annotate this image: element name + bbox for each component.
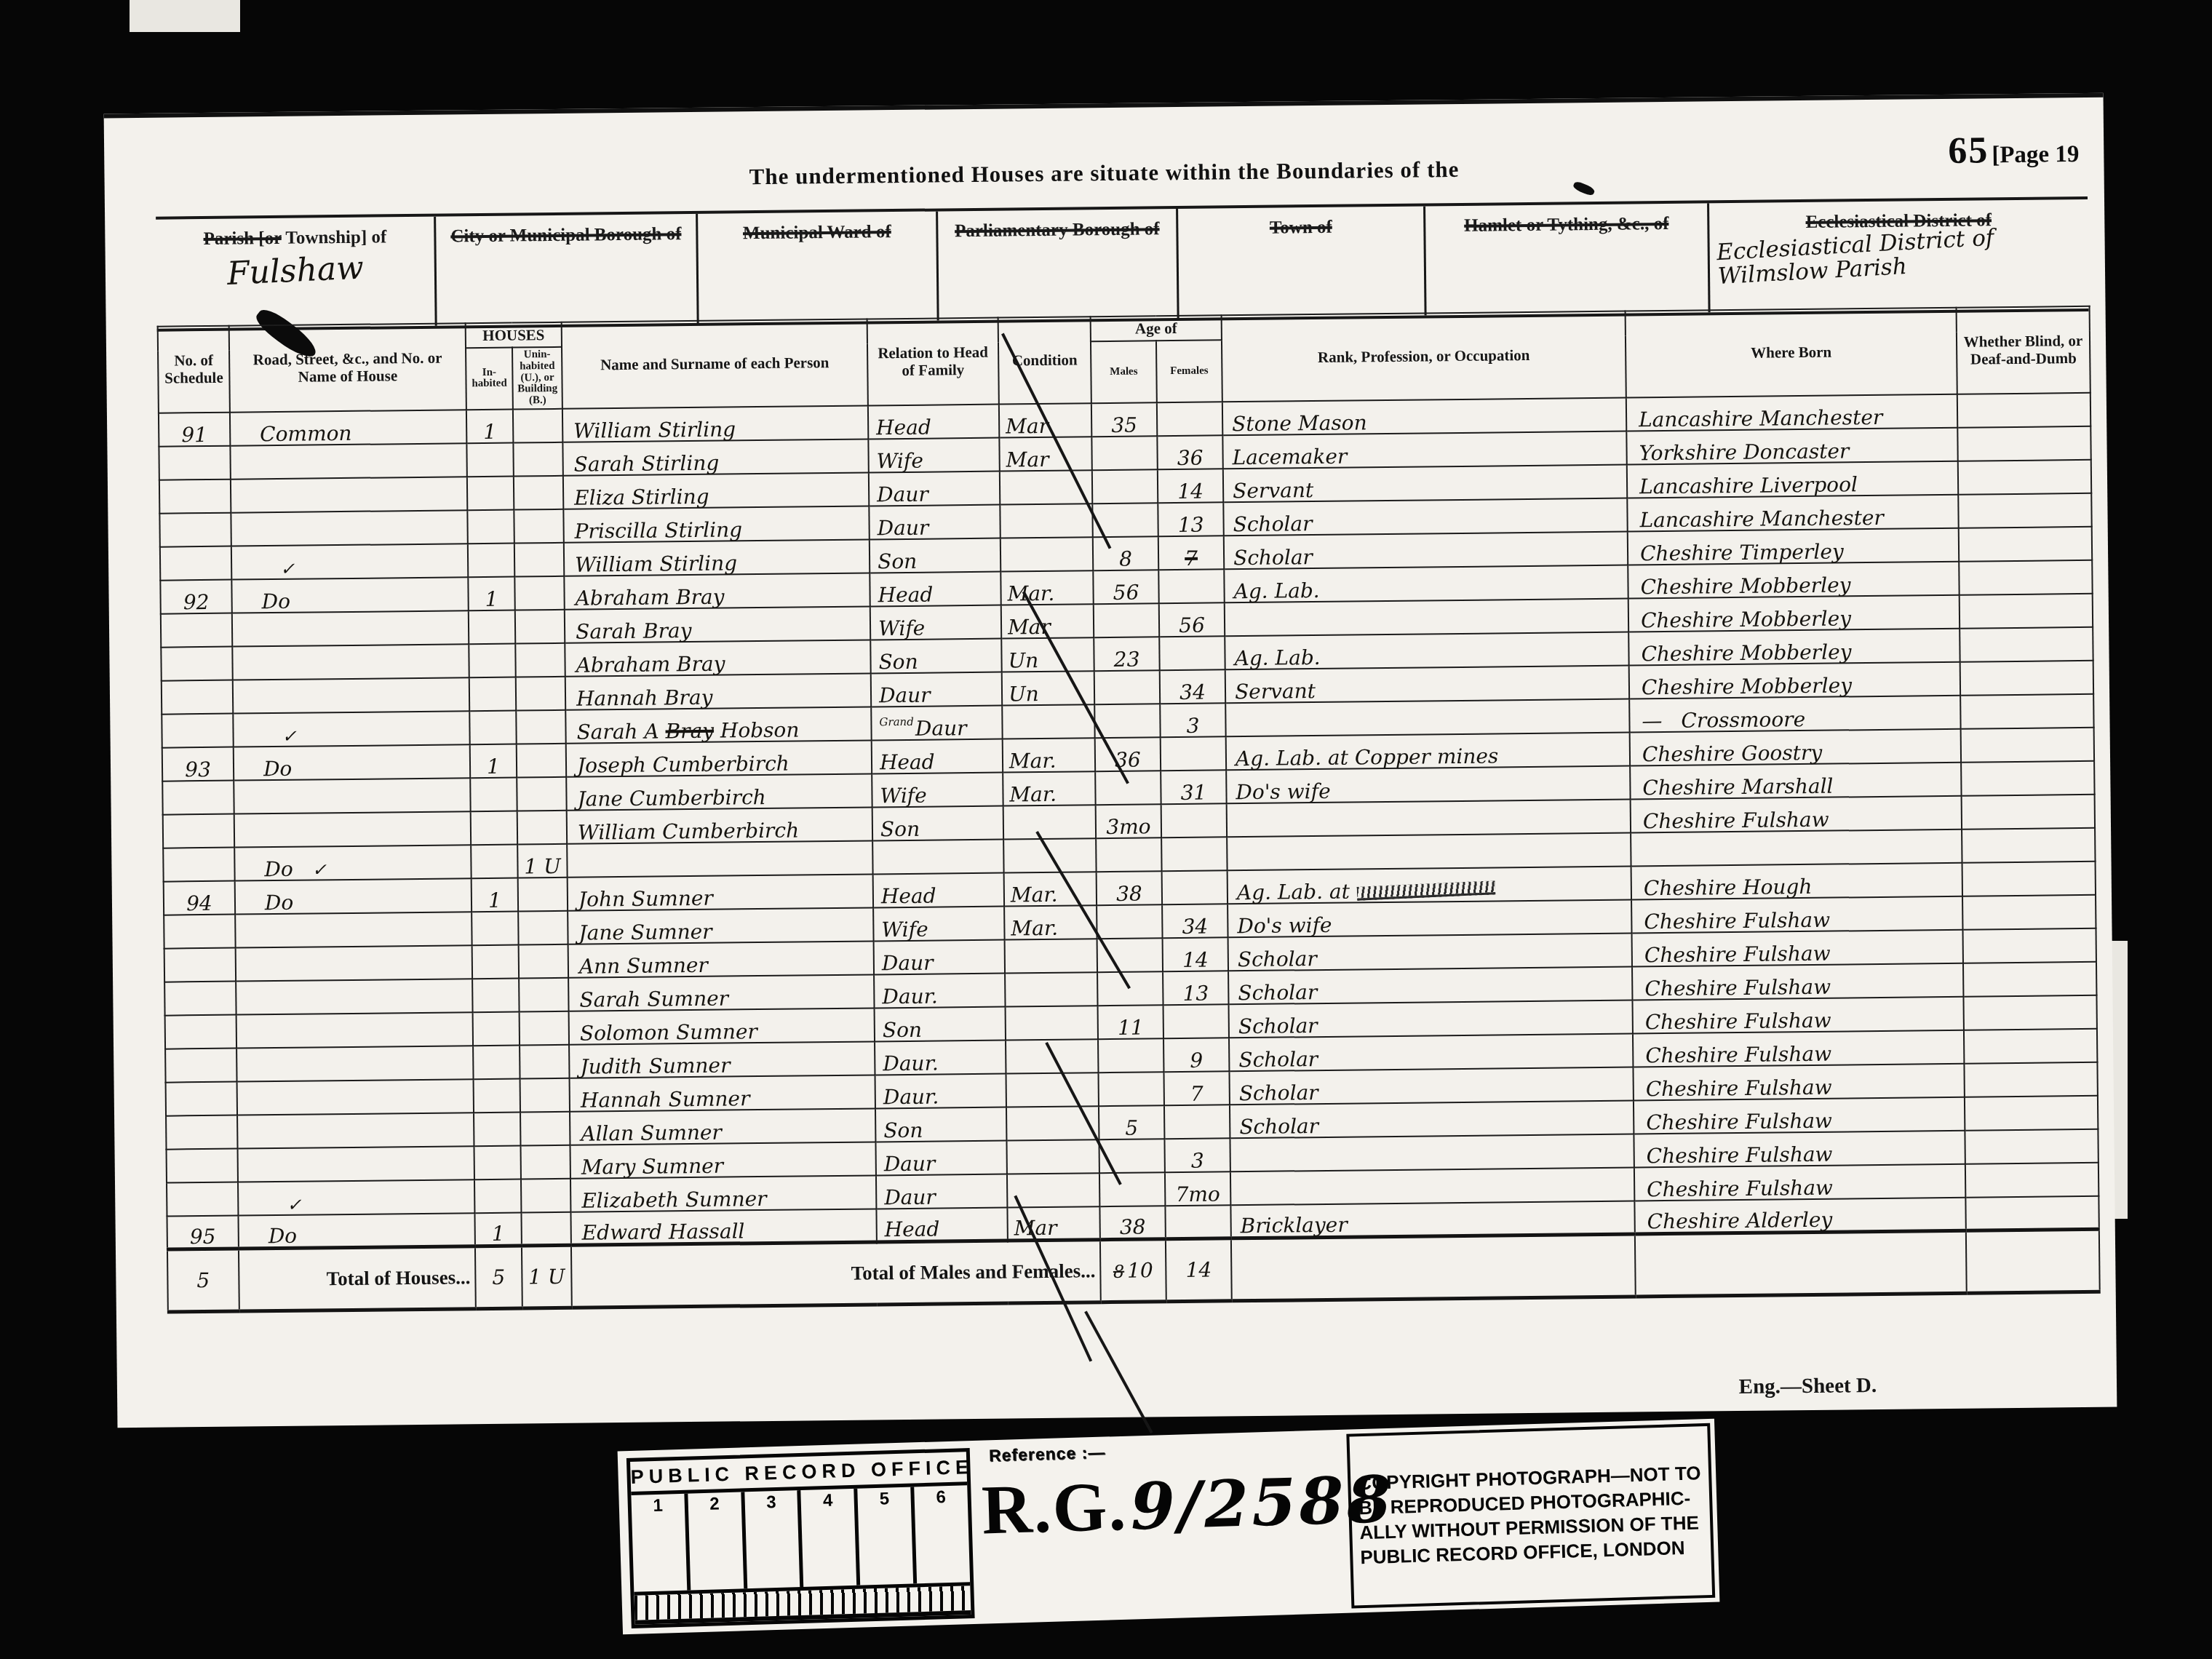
inhabited-cell [469,643,515,677]
condition-cell [1007,1173,1099,1207]
total-houses-label: Total of Houses... [239,1246,476,1311]
age-male-cell: 3mo [1096,804,1161,838]
birthplace-cell: Cheshire Fulshaw [1631,796,1962,833]
schedule-number-cell [164,914,235,948]
folio-number: 65 [Page 19 [1948,128,2080,172]
age-male-cell [1091,436,1157,470]
relation-cell: Wife [872,772,1003,807]
schedule-number-cell [162,780,234,814]
condition-cell [1005,939,1097,973]
person-name-cell: Abraham Bray [565,640,870,676]
birthplace-cell: Cheshire Mobberley [1628,595,1960,632]
age-male-cell [1098,1038,1163,1073]
page-title: The undermentioned Houses are situate wi… [104,150,2104,197]
age-male-cell [1099,1139,1164,1173]
col-header-age: Age of [1091,315,1222,341]
house-name-cell: Common [230,410,466,445]
uninhabited-cell: 1 U [517,844,567,878]
condition-cell: Un [1001,637,1094,672]
birthplace-cell: —Crossmoore [1629,696,1960,733]
age-female-cell [1158,569,1224,603]
uninhabited-cell [520,1078,570,1113]
uninhabited-cell [513,442,562,477]
disability-cell [1960,661,2093,696]
copyright-block: COPYRIGHT PHOTOGRAPH—NOT TO BE REPRODUCE… [1346,1423,1715,1609]
tick-mark: ✓ [280,558,295,578]
relation-cell: Son [870,638,1001,673]
inhabited-cell: 1 [474,1212,521,1246]
houses-inhabited-total: 5 [475,1246,522,1309]
uninhabited-cell [515,643,565,677]
reference-value: R.G. 9/2588 [981,1457,1396,1551]
location-field-town: Town of [1178,206,1427,318]
schedule-number-cell [163,813,234,848]
uninhabited-cell [517,811,567,845]
birthplace-cell: Cheshire Goostry [1630,729,1961,766]
inhabited-cell [474,1078,520,1113]
person-name-cell: Hannah Sumner [570,1075,875,1111]
reference-prefix: R.G. [981,1467,1129,1549]
occupation-cell: Do's wife [1228,899,1631,937]
person-name-cell: Joseph Cumberbirch [566,740,872,776]
col-header-males: Males [1091,341,1157,403]
occupation-cell: Servant [1223,464,1627,502]
ruler-box: PUBLIC RECORD OFFICE 1 2 3 4 5 6 [626,1448,975,1628]
age-male-cell: 35 [1091,402,1157,437]
uninhabited-cell [520,1045,569,1079]
house-name-cell [232,610,469,646]
relation-cell: Daur. [874,973,1005,1008]
birthplace-cell: Cheshire Mobberley [1629,662,1960,699]
uninhabited-cell [521,1179,570,1213]
schedule-number-cell [167,1148,238,1182]
empty-cell [1635,1230,1967,1297]
age-female-cell: 56 [1159,602,1225,637]
occupation-cell: Stone Mason [1222,397,1626,435]
disability-cell [1959,560,2092,595]
birthplace-cell: Yorkshire Doncaster [1626,428,1957,465]
age-male-cell: 56 [1093,570,1158,604]
inhabited-cell [467,476,514,510]
total-males-females-label: Total of Males and Females... [571,1240,1101,1308]
occupation-cell: Scholar [1229,1033,1633,1071]
age-female-cell [1161,803,1227,838]
females-total: 14 [1166,1238,1232,1302]
relation-cell: Head [870,571,1000,606]
house-name-cell: ✓ [238,1179,474,1215]
occupation-cell: Scholar [1228,966,1632,1004]
person-name-cell: Allan Sumner [570,1108,875,1145]
age-male-cell [1094,603,1159,637]
condition-cell: Mar. [1003,771,1095,805]
occupation-cell [1227,799,1631,837]
house-name-cell: Do [231,577,468,613]
col-header-uninhabited: Unin-habited (U.), or Building (B.) [512,347,562,409]
house-name-cell: Do✓ [234,845,471,880]
inhabited-cell [469,710,516,744]
occupation-cell: Scholar [1224,531,1628,569]
col-header-name: Name and Surname of each Person [562,319,868,408]
schedule-number-cell [166,1081,237,1115]
field-label: Parliamentary Borough of [938,219,1176,242]
person-name-cell: Eliza Stirling [563,472,869,509]
age-female-cell [1161,837,1227,871]
condition-cell [1006,1106,1099,1140]
house-name-cell [231,510,467,546]
empty-cell [1966,1230,2100,1294]
age-female-cell: 7mo [1165,1171,1230,1206]
age-female-cell [1163,1004,1229,1038]
inhabited-cell [473,1011,520,1046]
age-female-cell: 34 [1162,904,1228,938]
schedule-number-cell [159,512,231,546]
birthplace-cell: Cheshire Alderley [1634,1197,1965,1234]
person-name-cell: Ann Sumner [568,941,874,977]
col-header-houses: HOUSES [466,322,562,348]
occupation-cell: Bricklayer [1230,1201,1634,1238]
disability-cell [1957,393,2090,428]
occupation-cell: Ag. Lab. [1224,565,1628,602]
relation-cell: Son [872,805,1003,840]
condition-cell [1006,1073,1099,1107]
col-header-road: Road, Street, &c., and No. or Name of Ho… [229,323,466,412]
birthplace-cell: Cheshire Fulshaw [1634,1097,1965,1134]
schedule-number-cell [161,613,232,647]
occupation-cell: Scholar [1229,1000,1633,1038]
schedule-total: 5 [167,1249,239,1312]
age-female-cell [1164,1105,1230,1139]
age-female-cell: 36 [1157,435,1222,469]
condition-cell [1000,504,1092,538]
inhabited-cell [472,944,519,979]
age-female-cell [1162,870,1228,904]
person-name-cell: Elizabeth Sumner [570,1175,876,1212]
house-name-cell [237,1079,474,1115]
inhabited-cell [473,1045,520,1079]
age-male-cell: 11 [1098,1005,1163,1039]
person-name-cell: Abraham Bray [564,573,870,609]
age-male-cell [1094,670,1160,704]
house-name-cell [232,644,469,680]
age-male-cell: 38 [1099,1206,1165,1240]
inhabited-cell [474,1179,521,1213]
schedule-number-cell: 91 [159,412,230,446]
uninhabited-cell [514,543,564,577]
schedule-number-cell: 92 [160,579,231,613]
age-female-cell: 14 [1158,469,1223,503]
relation-cell: Son [875,1006,1006,1041]
inhabited-cell: 1 [470,744,517,778]
col-header-disability: Whether Blind, or Deaf-and-Dumb [1957,306,2090,394]
condition-cell: Mar. [1003,738,1095,772]
schedule-number-cell [159,445,230,480]
birthplace-cell: Lancashire Manchester [1626,394,1957,431]
uninhabited-cell [520,1011,569,1046]
occupation-cell: Scholar [1223,498,1627,536]
location-field-ward: Municipal Ward of [698,211,939,322]
condition-cell [1005,972,1097,1006]
condition-cell [1002,704,1094,739]
enumerator-slash [1084,1310,1153,1433]
age-female-cell: 7 [1158,536,1224,570]
males-total-value: 10 [1127,1258,1153,1282]
schedule-number-cell [160,546,231,580]
birthplace-cell [1631,829,1962,867]
house-name-cell: ✓ [233,711,469,747]
person-name-cell: Mary Sumner [570,1142,876,1178]
age-male-cell: 23 [1094,637,1159,671]
disability-cell [1963,962,2096,997]
inhabited-cell [470,777,517,811]
uninhabited-cell [519,978,568,1012]
uninhabited-cell [514,576,564,610]
schedule-number-cell: 95 [167,1215,238,1249]
disability-cell [1960,594,2093,629]
age-male-cell [1095,771,1161,805]
inhabited-cell [474,1112,520,1146]
relation-cell: Daur. [875,1073,1006,1108]
inhabited-cell [474,1145,521,1179]
birthplace-cell: Cheshire Fulshaw [1633,996,1964,1033]
age-female-cell [1161,736,1226,771]
ruler-number: 5 [858,1487,918,1585]
relation-cell: Daur [869,504,1000,539]
col-header-born: Where Born [1626,308,1957,398]
birthplace-cell: Cheshire Mobberley [1628,629,1960,666]
reference-block: Reference :— R.G. 9/2588 [975,1430,1351,1624]
relation-cell: Wife [868,437,999,472]
age-male-cell [1097,904,1162,939]
uninhabited-cell [518,911,568,945]
condition-cell: Mar. [1000,570,1093,605]
ruler-scale: 1 2 3 4 5 6 [631,1485,970,1596]
uninhabited-cell [516,710,565,744]
birthplace-cell: Cheshire Fulshaw [1633,1030,1964,1067]
birthplace-cell: Cheshire Timperley [1628,528,1959,565]
pro-ruler-block: PUBLIC RECORD OFFICE 1 2 3 4 5 6 [618,1441,981,1634]
occupation-cell [1225,699,1629,736]
tick-mark: ✓ [282,725,296,746]
age-male-cell [1094,704,1160,738]
disability-cell [1959,527,2092,562]
condition-cell [1003,805,1096,839]
occupation-cell: Servant [1225,665,1629,703]
relation-cell: Son [875,1107,1006,1142]
col-header-condition: Condition [998,317,1091,404]
occupation-cell: Ag. Lab. at [1228,866,1631,904]
relation-cell: GrandDaur [871,705,1002,740]
col-header-females: Females [1156,340,1222,402]
age-female-cell: 14 [1163,937,1228,971]
reference-number: 9/2588 [1129,1461,1395,1545]
schedule-number-cell: 94 [164,880,235,915]
field-label: Municipal Ward of [698,221,936,244]
census-page: The undermentioned Houses are situate wi… [104,93,2117,1428]
person-name-cell: Sarah Stirling [562,439,868,475]
ruler-number: 1 [631,1494,691,1592]
birthplace-cell: Cheshire Hough [1631,862,1962,899]
age-female-cell: 13 [1163,971,1228,1005]
inhabited-cell [471,844,517,878]
birthplace-cell: Cheshire Fulshaw [1632,963,1963,1000]
ink-mark [1572,180,1596,197]
person-name-cell: Hannah Bray [565,673,871,709]
uninhabited-cell [521,1212,570,1246]
disability-cell [1960,627,2093,662]
house-name-cell [236,1012,473,1048]
disability-cell [1965,1196,2098,1231]
uninhabited-cell [513,409,562,443]
field-label: City or Municipal Borough of [436,224,696,247]
schedule-number-cell [159,479,231,513]
inhabited-cell: 1 [468,576,514,610]
relation-cell: Daur. [875,1040,1006,1075]
person-name-cell: Priscilla Stirling [563,506,869,542]
disability-cell [1964,1029,2097,1064]
person-name-cell: Jane Sumner [568,907,873,944]
ruler-number: 6 [914,1485,970,1583]
relation-cell: Daur [871,672,1002,707]
houses-uninhabited-total: 1 U [522,1246,572,1309]
person-name-cell [567,840,872,877]
birthplace-cell: Cheshire Fulshaw [1634,1130,1965,1167]
condition-cell: Mar. [1004,872,1097,906]
page-number-label: [Page 19 [1992,141,2079,168]
house-name-cell [236,979,472,1014]
disability-cell [1962,795,2095,829]
disability-cell [1957,426,2090,461]
uninhabited-cell [514,509,563,544]
uninhabited-cell [520,1112,570,1146]
disability-cell [1960,694,2093,729]
occupation-cell [1227,832,1631,870]
uninhabited-cell [520,1145,570,1179]
age-female-cell: 7 [1164,1071,1230,1105]
age-male-cell [1099,1172,1165,1206]
condition-cell [1006,1006,1098,1040]
empty-cell [1231,1234,1636,1301]
occupation-cell [1225,598,1628,636]
schedule-number-cell [164,947,236,982]
occupation-cell [1230,1134,1634,1171]
birthplace-cell: Lancashire Manchester [1627,495,1958,532]
uninhabited-cell [515,610,565,644]
pro-stamp: PUBLIC RECORD OFFICE 1 2 3 4 5 6 Referen… [618,1419,1720,1635]
house-name-cell: ✓ [231,544,468,579]
disability-cell [1961,728,2094,763]
house-name-cell [236,945,472,981]
relation-cell: Daur [874,939,1005,974]
occupation-cell: Ag. Lab. at Copper mines [1226,732,1630,770]
age-female-cell [1165,1205,1230,1239]
uninhabited-cell [514,476,563,510]
field-label: Parish [or Township] of [156,227,434,251]
uninhabited-cell [517,777,566,811]
age-male-cell: 5 [1099,1105,1164,1139]
tick-mark: ✓ [312,859,327,880]
schedule-number-cell [167,1182,238,1216]
field-label: Hamlet or Tything, &c., of [1425,213,1707,237]
inhabited-cell [466,442,513,477]
birthplace-cell: Cheshire Fulshaw [1634,1163,1965,1201]
col-header-schedule: No. of Schedule [158,326,230,413]
disability-cell [1962,895,2096,930]
census-table: No. of Schedule Road, Street, &c., and N… [157,306,2101,1314]
house-name-cell: Do [238,1213,474,1249]
uninhabited-cell [518,878,568,912]
house-name-cell [234,778,470,813]
house-name-cell [235,912,472,947]
person-name-cell: John Sumner [568,874,873,910]
condition-cell: Mar [999,437,1091,471]
schedule-number-cell [165,1014,236,1049]
age-female-cell [1157,402,1222,436]
occupation-cell: Ag. Lab. [1225,632,1628,669]
person-name-cell: Solomon Sumner [569,1008,875,1044]
schedule-number-cell [165,1048,236,1082]
person-name-cell: William Cumberbirch [567,807,872,843]
inhabited-cell [469,677,516,711]
person-name-cell: William Stirling [562,405,868,442]
disability-cell [1962,828,2095,863]
relation-cell: Daur [869,471,1000,506]
col-header-occupation: Rank, Profession, or Occupation [1222,311,1626,402]
age-female-cell: 13 [1158,502,1223,536]
age-female-cell [1159,636,1225,670]
age-male-cell: 38 [1097,871,1162,905]
disability-cell [1965,1163,2098,1198]
birthplace-cell: Cheshire Mobberley [1628,562,1959,599]
person-name-cell: Jane Cumberbirch [566,773,872,810]
age-female-cell: 3 [1164,1138,1230,1172]
ruler-number: 4 [801,1489,861,1587]
occupation-cell: Scholar [1230,1100,1634,1138]
disability-cell [1964,1062,2097,1097]
schedule-number-cell [162,713,233,747]
handwritten-parish-value: Fulshaw [156,246,435,295]
inhabited-cell [472,978,519,1012]
ruler-number: 2 [688,1492,747,1590]
schedule-number-cell: 93 [162,747,234,781]
schedule-number-cell [163,847,234,881]
schedule-number-cell [166,1115,237,1149]
disability-cell [1965,1096,2098,1131]
person-name-cell: Sarah Sumner [568,974,874,1011]
relation-cell [872,839,1003,874]
condition-cell [1000,537,1093,571]
disability-cell [1965,1129,2098,1164]
birthplace-cell: Cheshire Marshall [1630,763,1961,800]
house-name-cell [238,1146,474,1182]
tick-mark: ✓ [287,1194,301,1214]
location-field-ecclesiastical: Ecclesiastical District of Ecclesiastica… [1709,199,2089,312]
disability-cell [1961,761,2094,796]
inhabited-cell: 1 [472,878,518,912]
occupation-cell: Do's wife [1226,765,1630,803]
house-name-cell [237,1113,474,1148]
disability-cell [1958,460,2091,495]
location-field-borough: City or Municipal Borough of [436,214,699,326]
location-field-parish: Parish [or Township] of Fulshaw [156,217,437,329]
occupation-cell [1230,1167,1634,1205]
illegible-scribble [1356,880,1495,901]
scan-background: The undermentioned Houses are situate wi… [0,0,2212,1659]
age-female-cell: 34 [1160,669,1225,704]
house-name-cell [231,477,467,512]
house-name-cell: Do [235,878,472,914]
occupation-cell: Lacemaker [1222,431,1626,469]
inhabited-cell [472,911,518,945]
